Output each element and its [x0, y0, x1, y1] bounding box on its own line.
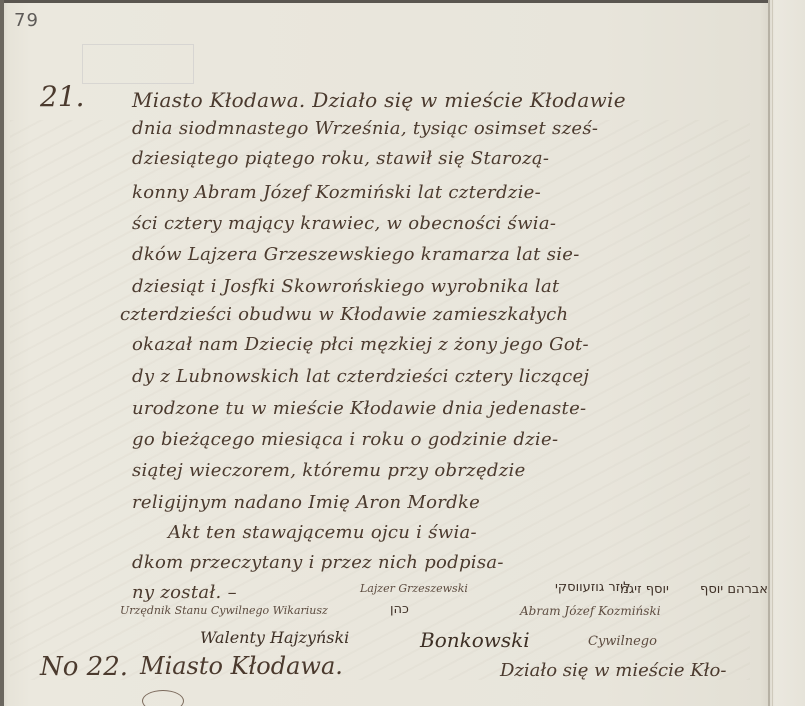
flourish-loop	[142, 690, 184, 706]
signature-hebrew-2: יוסף זיגמ	[620, 582, 669, 597]
entry-line-15: Akt ten stawającemu ojcu i świa-	[168, 522, 477, 543]
binding-gutter	[768, 0, 770, 706]
signature-father: Abram Józef Kozmiński	[520, 604, 661, 618]
entry-line-9: okazał nam Dziecię płci męzkiej z żony j…	[132, 334, 589, 355]
page-top-edge	[0, 0, 770, 3]
entry-line-14: religijnym nadano Imię Aron Mordke	[132, 492, 480, 513]
faint-stamp-outline	[82, 44, 194, 84]
entry-line-1: Miasto Kłodawa. Działo się w mieście Kło…	[132, 88, 626, 112]
signature-witness-latin: Lajzer Grzeszewski	[360, 582, 468, 595]
entry-22-heading: Miasto Kłodawa.	[140, 652, 343, 680]
binding-gutter-line	[772, 0, 773, 706]
scanned-register-page: 79 21. Miasto Kłodawa. Działo się w mieś…	[0, 0, 805, 706]
official-signature-3: Cywilnego	[588, 634, 657, 649]
entry-line-10: dy z Lubnowskich lat czterdzieści cztery…	[132, 366, 589, 387]
entry-line-11: urodzone tu w mieście Kłodawie dnia jede…	[132, 398, 586, 419]
entry-number-22: No 22.	[40, 652, 128, 682]
signature-line2-left: Urzędnik Stanu Cywilnego Wikariusz	[120, 604, 328, 617]
entry-line-6: dków Lajzera Grzeszewskiego kramarza lat…	[132, 244, 580, 265]
entry-22-start: Działo się w mieście Kło-	[500, 660, 726, 681]
entry-number-21: 21.	[40, 80, 85, 113]
signature-hebrew-4: כהן	[390, 602, 409, 617]
official-signature-2: Bonkowski	[420, 628, 530, 652]
entry-line-7: dziesiąt i Josfki Skowrońskiego wyrobnik…	[132, 276, 560, 297]
page-left-edge	[0, 0, 4, 706]
entry-line-3: dziesiątego piątego roku, stawił się Sta…	[132, 148, 549, 169]
pencil-page-number: 79	[14, 10, 39, 31]
official-signature-1: Walenty Hajzyński	[200, 628, 349, 647]
entry-line-12: go bieżącego miesiąca i roku o godzinie …	[132, 429, 558, 450]
entry-line-4: konny Abram Józef Kozmiński lat czterdzi…	[132, 182, 541, 203]
entry-line-2: dnia siodmnastego Września, tysiąc osims…	[132, 118, 598, 139]
entry-line-17: ny został. –	[132, 582, 237, 603]
entry-line-5: ści cztery mający krawiec, w obecności ś…	[132, 213, 556, 234]
entry-line-13: siątej wieczorem, któremu przy obrzędzie	[132, 460, 526, 481]
entry-line-16: dkom przeczytany i przez nich podpisa-	[132, 552, 504, 573]
signature-hebrew-3: אברהם יוסף	[700, 582, 768, 597]
entry-line-8: czterdzieści obudwu w Kłodawie zamieszka…	[120, 304, 568, 325]
